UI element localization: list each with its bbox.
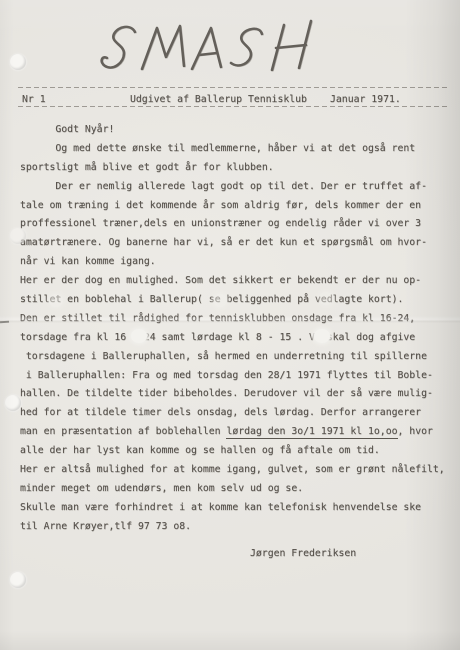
punch-hole [10, 54, 26, 70]
body-line: hallen. De tildelte tider bibeholdes. De… [20, 385, 454, 404]
body-line: alle der har lyst kan komme og se hallen… [20, 442, 454, 461]
body-line-suffix: , hvor [398, 426, 433, 437]
body-line: Her er der dog en mulighed. Som det sikk… [20, 272, 454, 291]
underlined-event-date: lørdag den 3o/1 1971 kl 1o,oo [226, 426, 397, 439]
header-rule-top [18, 87, 448, 88]
body-line: stillet en boblehal i Ballerup( se belig… [20, 291, 454, 310]
masthead-title: SMASH [80, 5, 83, 6]
masthead: SMASH [80, 5, 320, 85]
body-line: minder meget om udendørs, men kom selv u… [20, 480, 454, 499]
body-line: sportsligt må blive et godt år for klubb… [20, 159, 454, 178]
body-line: Skulle man være forhindret i at komme ka… [20, 499, 454, 518]
issue-date: Januar 1971. [330, 94, 401, 105]
body-line-prefix: man en præsentation af boblehallen [20, 426, 226, 437]
smash-hand-lettering-icon [80, 5, 320, 85]
body-line: torsdagene i Balleruphallen, så hermed e… [20, 348, 454, 367]
signature: Jørgen Frederiksen [250, 548, 356, 559]
publisher-line: Udgivet af Ballerup Tennisklub [130, 94, 307, 105]
body-line-with-underline: man en præsentation af boblehallen lørda… [20, 423, 454, 442]
newsletter-page: SMASH Nr 1 Udgivet af Ballerup Tennisklu… [0, 0, 460, 650]
punch-hole [10, 228, 26, 244]
ghost-punch-spot [319, 292, 333, 305]
letter-body: Godt Nyår! Og med dette ønske til medlem… [20, 121, 454, 537]
body-line: Og med dette ønske til medlemmerne, håbe… [20, 140, 454, 159]
body-line: Godt Nyår! [20, 121, 454, 140]
fold-crease [0, 316, 460, 323]
issue-number: Nr 1 [22, 94, 46, 105]
header-rule-bottom [18, 106, 448, 107]
body-line: tale om træning i det kommende år som al… [20, 197, 454, 216]
body-line: Der er nemlig allerede lagt godt op til … [20, 178, 454, 197]
ghost-punch-spot [49, 294, 63, 307]
body-line: Her er altså mulighed for at komme igang… [20, 461, 454, 480]
whiteout-spot [131, 329, 147, 343]
body-line: torsdage fra kl 16 - 24 samt lørdage kl … [20, 329, 454, 348]
body-line: når vi kan komme igang. [20, 253, 454, 272]
body-line: amatørtrænere. Og banerne har vi, så er … [20, 234, 454, 253]
punch-hole [5, 395, 21, 411]
whiteout-spot [314, 329, 330, 343]
ghost-punch-spot [213, 294, 227, 307]
body-line: hed for at tildele timer dels onsdag, de… [20, 404, 454, 423]
body-line: proffessionel træner,dels en unionstræne… [20, 215, 454, 234]
punch-hole [10, 572, 26, 588]
body-line: til Arne Krøyer,tlf 97 73 o8. [20, 518, 454, 537]
body-line: i Balleruphallen: Fra og med torsdag den… [20, 367, 454, 386]
